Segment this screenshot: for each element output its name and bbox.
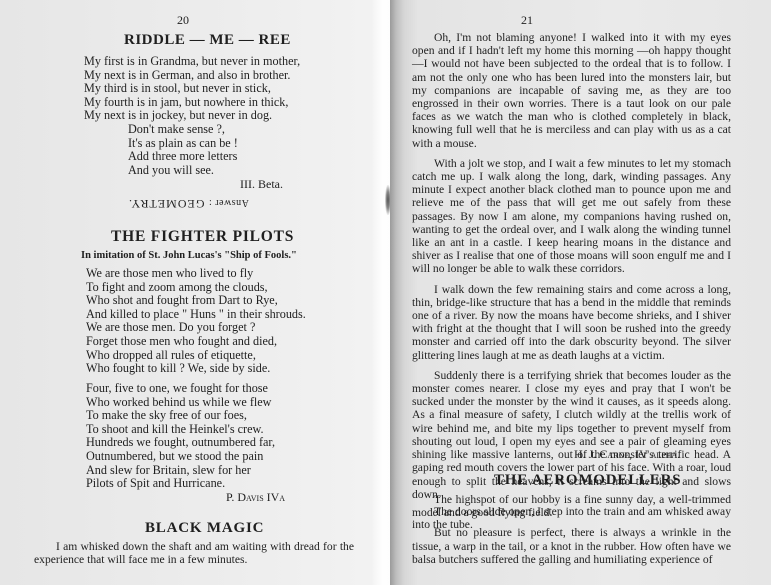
gutter-shadow [372,0,390,585]
verse-line: And you will see. [128,164,238,178]
page-number: 21 [521,13,533,28]
right-page: 21 Oh, I'm not blaming anyone! I walked … [390,0,771,585]
aeromodellers-text: The highspot of our hobby is a fine sunn… [412,493,731,573]
verse-line: My next is in jockey, but never in dog. [84,109,300,123]
verse-line: And slew for Britain, slew for her [86,464,275,478]
verse-line: Who shot and fought from Dart to Rye, [86,294,306,308]
verse-line: My next is in German, and also in brothe… [84,69,300,83]
verse-line: To fight and zoom among the clouds, [86,281,306,295]
fighter-pilots-stanza-2: Four, five to one, we fought for those W… [86,382,275,491]
verse-line: To make the sky free of our foes, [86,409,275,423]
verse-line: Who dropped all rules of etiquette, [86,349,306,363]
black-magic-opening: I am whisked down the shaft and am waiti… [34,540,354,573]
black-magic-author: H. J. Carne, IV alpha. [574,447,680,462]
verse-line: To shoot and kill the Heinkel's crew. [86,423,275,437]
answer-value: GEOMETRY. [128,197,204,211]
paragraph: I walk down the few remaining stairs and… [412,283,731,362]
riddle-answer-upside-down: Answer : GEOMETRY. [128,196,249,211]
verse-line: Outnumbered, but we stood the pain [86,450,275,464]
answer-label: Answer : [208,197,248,208]
riddle-author: III. Beta. [240,177,283,192]
verse-line: We are those men. Do you forget ? [86,321,306,335]
aeromodellers-title: THE AEROMODELLERS [494,472,681,489]
paragraph: But no pleasure is perfect, there is alw… [412,526,731,566]
fighter-pilots-author: P. Davis IVa [226,490,285,505]
paragraph: The highspot of our hobby is a fine sunn… [412,493,731,519]
verse-line: And killed to place " Huns " in their sh… [86,308,306,322]
verse-line: Who worked behind us while we flew [86,396,275,410]
riddle-lines: My first is in Grandma, but never in mot… [84,55,300,123]
verse-line: Who fought to kill ? We, side by side. [86,362,306,376]
verse-line: Don't make sense ?, [128,123,238,137]
fighter-pilots-subtitle: In imitation of St. John Lucas's "Ship o… [81,250,297,261]
verse-line: My first is in Grandma, but never in mot… [84,55,300,69]
riddle-indented-lines: Don't make sense ?, It's as plain as can… [128,123,238,177]
riddle-title: RIDDLE — ME — REE [124,32,291,49]
verse-line: Four, five to one, we fought for those [86,382,275,396]
verse-line: It's as plain as can be ! [128,137,238,151]
paragraph: I am whisked down the shaft and am waiti… [34,540,354,566]
verse-line: We are those men who lived to fly [86,267,306,281]
verse-line: Pilots of Spit and Hurricane. [86,477,275,491]
fighter-pilots-stanza-1: We are those men who lived to fly To fig… [86,267,306,376]
page-number: 20 [177,13,189,28]
paragraph: Oh, I'm not blaming anyone! I walked int… [412,31,731,150]
left-page: 20 RIDDLE — ME — REE My first is in Gran… [0,0,390,585]
paragraph: With a jolt we stop, and I wait a few mi… [412,157,731,276]
verse-line: Add three more letters [128,150,238,164]
fighter-pilots-title: THE FIGHTER PILOTS [111,228,294,246]
verse-line: Forget those men who fought and died, [86,335,306,349]
verse-line: My third is in stool, but never in stick… [84,82,300,96]
black-magic-continued: Oh, I'm not blaming anyone! I walked int… [412,31,731,535]
black-magic-title: BLACK MAGIC [145,520,264,537]
verse-line: Hundreds we fought, outnumbered far, [86,436,275,450]
verse-line: My fourth is in jam, but nowhere in thic… [84,96,300,110]
